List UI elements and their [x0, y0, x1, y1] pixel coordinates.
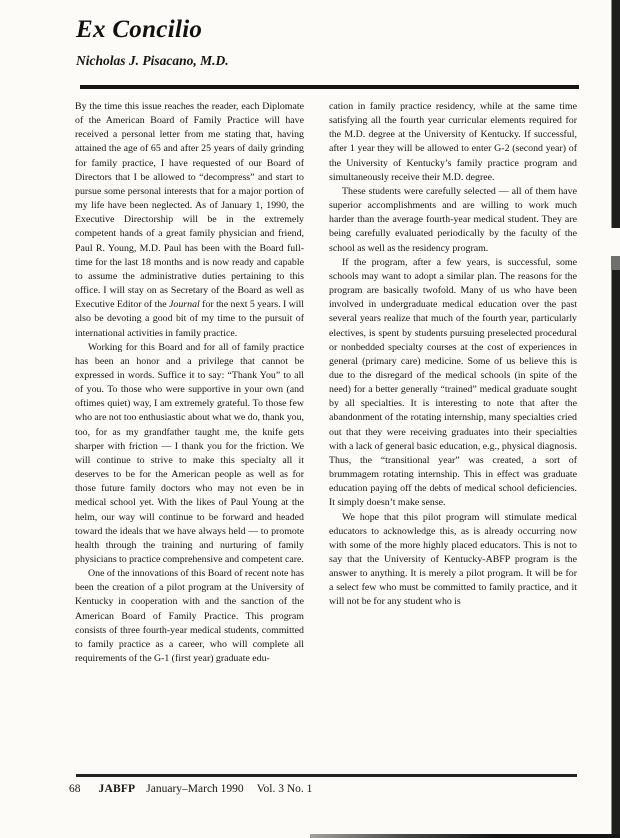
volume-info: Vol. 3 No. 1: [257, 783, 313, 795]
footer-rule: [76, 774, 577, 777]
article-author: Nicholas J. Pisacano, M.D.: [76, 53, 229, 69]
right-column: cation in family practice residency, whi…: [329, 100, 577, 772]
text-segment: One of the innovations of this Board of …: [75, 568, 304, 664]
scan-edge-right: [611, 0, 620, 838]
scan-edge-bottom: [310, 834, 620, 838]
page-number: 68: [69, 783, 81, 795]
italic-text-segment: Journal: [169, 299, 200, 310]
journal-abbrev: JABFP: [99, 783, 136, 795]
text-segment: By the time this issue reaches the reade…: [75, 101, 304, 310]
header-rule: [80, 85, 579, 89]
scanned-journal-page: Ex Concilio Nicholas J. Pisacano, M.D. B…: [0, 0, 620, 838]
paragraph: These students were carefully selected —…: [329, 185, 577, 256]
scan-edge-notch: [611, 228, 620, 256]
article-title: Ex Concilio: [76, 16, 202, 44]
paragraph: If the program, after a few years, is su…: [329, 256, 577, 511]
page-footer: 68JABFPJanuary–March 1990Vol. 3 No. 1: [69, 783, 312, 795]
text-segment: Working for this Board and for all of fa…: [75, 342, 304, 565]
paragraph: Working for this Board and for all of fa…: [75, 341, 304, 568]
text-segment: cation in family practice residency, whi…: [329, 101, 577, 183]
text-segment: We hope that this pilot program will sti…: [329, 512, 577, 608]
issue-date: January–March 1990: [146, 783, 243, 795]
paragraph: By the time this issue reaches the reade…: [75, 100, 304, 341]
paragraph: We hope that this pilot program will sti…: [329, 511, 577, 610]
paragraph: cation in family practice residency, whi…: [329, 100, 577, 185]
left-column: By the time this issue reaches the reade…: [75, 100, 304, 772]
text-segment: If the program, after a few years, is su…: [329, 257, 577, 509]
text-segment: These students were carefully selected —…: [329, 186, 577, 254]
scan-edge-soft-patch: [611, 256, 620, 270]
paragraph: One of the innovations of this Board of …: [75, 567, 304, 666]
